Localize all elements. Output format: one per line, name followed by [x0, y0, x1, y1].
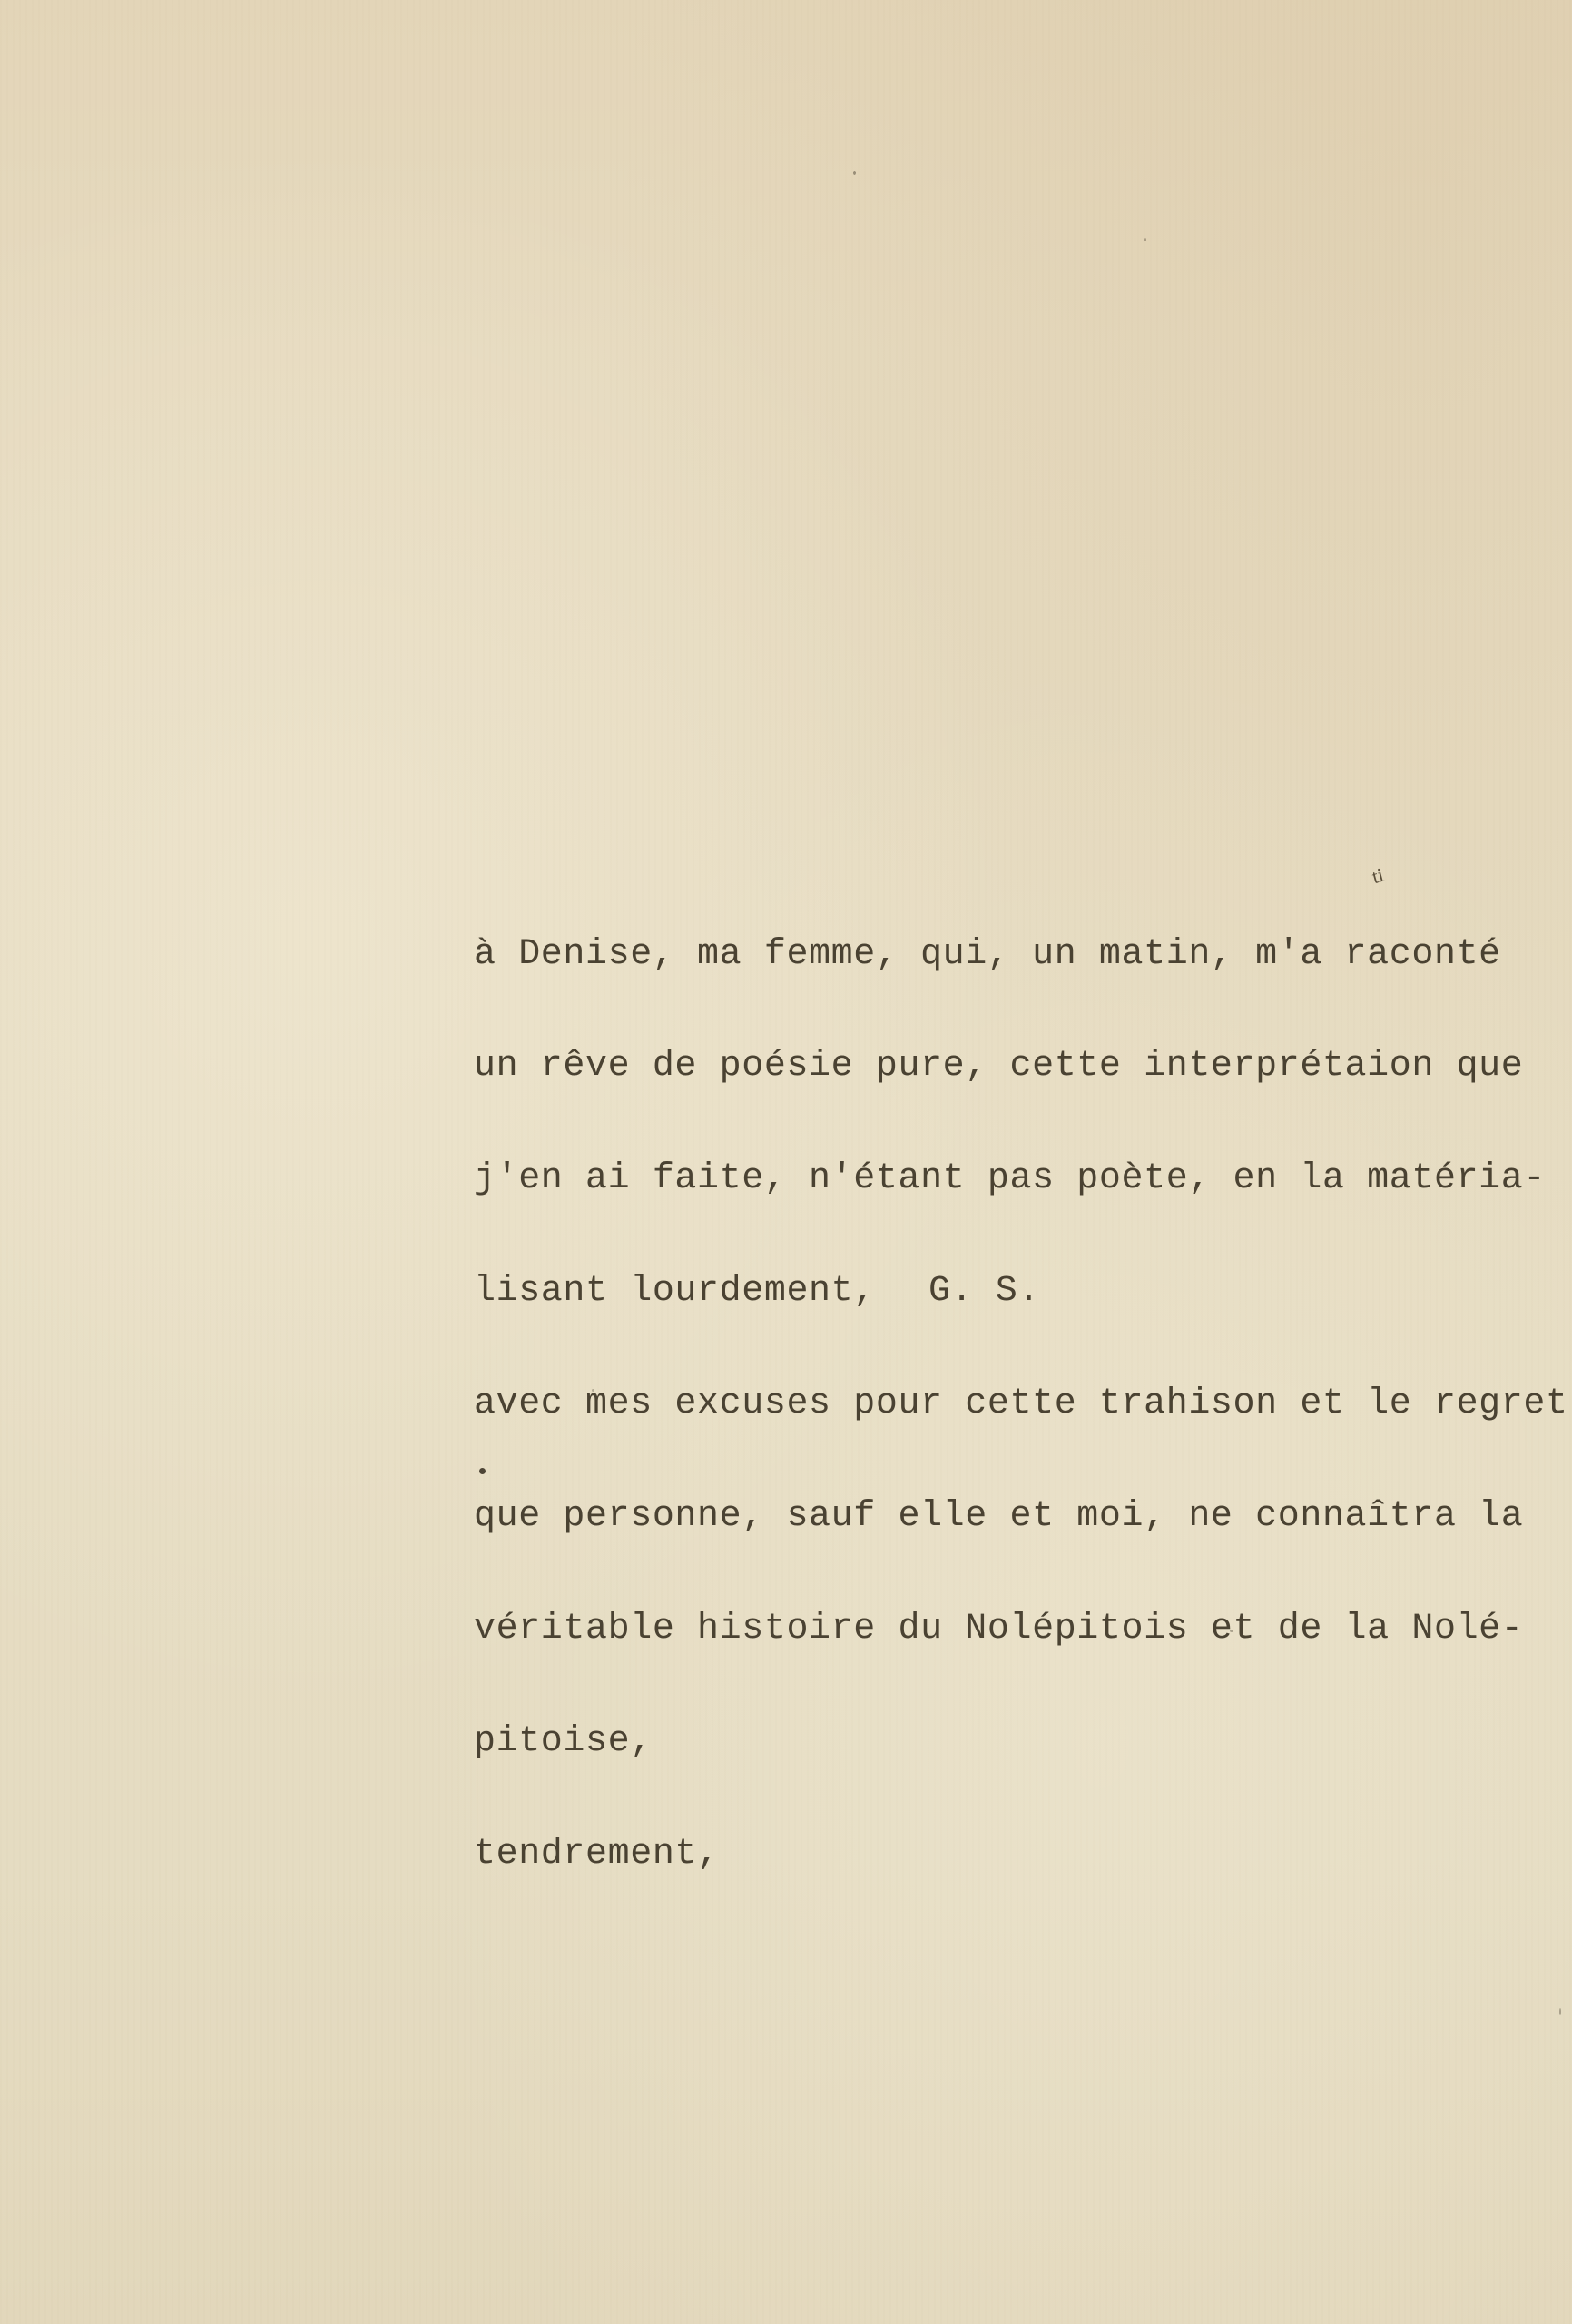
dedication-line-8: pitoise,	[474, 1723, 1568, 1760]
dedication-text: à Denise, ma femme, qui, un matin, m'a r…	[474, 861, 1568, 1910]
paper-speck	[853, 171, 856, 175]
dedication-line-6: que personne, sauf elle et moi, ne conna…	[474, 1498, 1568, 1535]
signature-initials: G. S.	[928, 1271, 1040, 1312]
dedication-line-5: avec mes excuses pour cette trahison et …	[474, 1385, 1568, 1423]
paper-speck	[1230, 1630, 1233, 1632]
dedication-line-9: tendrement,	[474, 1836, 1568, 1873]
paper-speck	[1144, 238, 1146, 241]
dedication-line-3: j'en ai faite, n'étant pas poète, en la …	[474, 1160, 1568, 1197]
dedication-line-7: véritable histoire du Nolépitois et de l…	[474, 1610, 1568, 1648]
paper-speck	[592, 1389, 594, 1392]
dedication-line-1: à Denise, ma femme, qui, un matin, m'a r…	[474, 936, 1568, 973]
dedication-line-2: un rêve de poésie pure, cette interpréta…	[474, 1048, 1568, 1085]
ink-speck	[479, 1468, 486, 1474]
paper-speck	[1559, 2008, 1561, 2015]
